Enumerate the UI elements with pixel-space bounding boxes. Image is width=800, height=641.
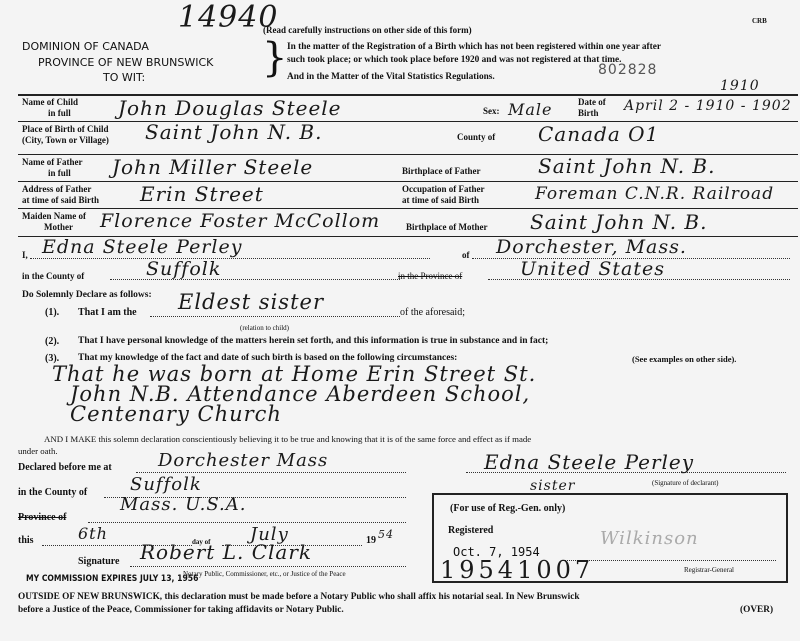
item3-note: (See examples on other side). xyxy=(632,354,736,364)
notary-county-label: in the County of xyxy=(18,487,87,498)
row-divider xyxy=(18,208,798,209)
child-name-value: John Douglas Steele xyxy=(118,96,342,120)
notary-province-value: Mass. U.S.A. xyxy=(120,494,246,515)
father-name-label: Name of Father in full xyxy=(22,157,82,179)
father-birthplace-value: Saint John N. B. xyxy=(538,154,715,178)
year-prefix: 19 xyxy=(366,535,376,546)
declarant-signature: Edna Steele Perley xyxy=(484,450,694,474)
county-value: Canada O1 xyxy=(538,122,659,146)
jurisdiction-line-2: PROVINCE OF NEW BRUNSWICK xyxy=(38,56,213,69)
notary-title-caption: Notary Public, Commissioner, etc., or Ju… xyxy=(183,570,346,578)
mother-birthplace-value: Saint John N. B. xyxy=(530,210,707,234)
declaration-intro: Do Solemnly Declare as follows: xyxy=(22,290,152,300)
registrar-caption: Registrar-General xyxy=(684,566,734,574)
declarant-province-label: in the Province of xyxy=(398,271,462,282)
notary-province-label: Province of xyxy=(18,512,66,523)
registrar-box-title: (For use of Reg.-Gen. only) xyxy=(450,503,565,514)
commission-stamp: MY COMMISSION EXPIRES JULY 13, 1956 xyxy=(26,574,198,584)
declared-value: Dorchester Mass xyxy=(158,450,328,471)
father-birthplace-label: Birthplace of Father xyxy=(402,166,480,177)
sex-label: Sex: xyxy=(483,106,500,117)
day-value: 6th xyxy=(78,524,108,543)
declarant-name-line xyxy=(30,258,430,259)
item1-line xyxy=(150,316,400,317)
notary-signature-line xyxy=(130,566,406,567)
item1-number: (1). xyxy=(45,307,59,318)
place-of-birth-value: Saint John N. B. xyxy=(145,120,322,144)
matter-line-2: such took place; or which took place bef… xyxy=(287,55,622,65)
father-occupation-value: Foreman C.N.R. Railroad xyxy=(535,184,774,204)
year-note: 1910 xyxy=(720,78,760,94)
father-address-label: Address of Father at time of said Birth xyxy=(22,184,99,206)
item2-text: That I have personal knowledge of the ma… xyxy=(78,336,548,346)
row-divider xyxy=(18,181,798,182)
declared-line xyxy=(136,472,406,473)
matter-line-3: And in the Matter of the Vital Statistic… xyxy=(287,72,495,82)
jurisdiction-line-1: DOMINION OF CANADA xyxy=(22,40,149,53)
sex-value: Male xyxy=(508,100,553,119)
item2-number: (2). xyxy=(45,336,59,347)
solemn-line-1: AND I MAKE this solemn declaration consc… xyxy=(44,434,531,444)
registered-label: Registered xyxy=(448,525,493,536)
item1-caption: (relation to child) xyxy=(240,324,289,332)
matter-line-1: In the matter of the Registration of a B… xyxy=(287,42,661,52)
declarant-county-value: Suffolk xyxy=(146,258,221,280)
declarant-of-value: Dorchester, Mass. xyxy=(496,236,687,258)
place-of-birth-label: Place of Birth of Child (City, Town or V… xyxy=(22,124,109,146)
registration-number: 19541007 xyxy=(440,556,594,584)
mother-maiden-name-label: Maiden Name of Mother xyxy=(22,211,86,233)
item1-suffix: of the aforesaid; xyxy=(400,307,465,318)
father-occupation-label: Occupation of Father at time of said Bir… xyxy=(402,184,485,206)
signature-label: Signature xyxy=(78,556,120,567)
mother-maiden-name-value: Florence Foster McCollom xyxy=(100,210,380,232)
county-label: County of xyxy=(457,132,495,143)
declarant-province-value: United States xyxy=(520,258,665,280)
dob-value: April 2 - 1910 - 1902 xyxy=(624,98,792,114)
solemn-line-2: under oath. xyxy=(18,446,58,456)
jurisdiction-line-3: TO WIT: xyxy=(103,71,145,84)
stamp-number: 802828 xyxy=(598,62,657,78)
footer-line-1: OUTSIDE OF NEW BRUNSWICK, this declarati… xyxy=(18,592,580,602)
declarant-relation: sister xyxy=(530,478,575,494)
instruction-note: (Read carefully instructions on other si… xyxy=(263,25,472,35)
declarant-of-label: of xyxy=(462,250,470,261)
notary-signature-value: Robert L. Clark xyxy=(140,540,312,564)
this-label: this xyxy=(18,535,34,546)
circumstances-line-3: Centenary Church xyxy=(70,402,282,426)
father-name-value: John Miller Steele xyxy=(112,155,313,179)
father-address-value: Erin Street xyxy=(140,182,264,206)
year-value: 54 xyxy=(378,528,394,541)
item1-value: Eldest sister xyxy=(178,290,324,314)
footer-over: (OVER) xyxy=(740,605,773,615)
brace: } xyxy=(262,38,287,78)
mother-birthplace-label: Birthplace of Mother xyxy=(406,222,487,233)
registrar-signature: Wilkinson xyxy=(600,528,699,549)
row-divider xyxy=(18,121,798,122)
dob-label: Date of Birth xyxy=(578,97,606,119)
declarant-i-label: I, xyxy=(22,250,28,261)
footer-line-2: before a Justice of the Peace, Commissio… xyxy=(18,605,344,615)
declared-before-label: Declared before me at xyxy=(18,462,112,473)
corner-code: CRB xyxy=(752,17,767,25)
declarant-name-value: Edna Steele Perley xyxy=(42,236,242,258)
item1-text: That I am the xyxy=(78,307,137,318)
declarant-county-label: in the County of xyxy=(22,271,84,282)
notary-province-line xyxy=(88,522,406,523)
declarant-signature-caption: (Signature of declarant) xyxy=(652,479,718,487)
child-name-label: Name of Child in full xyxy=(22,97,78,119)
notary-county-value: Suffolk xyxy=(130,474,202,495)
